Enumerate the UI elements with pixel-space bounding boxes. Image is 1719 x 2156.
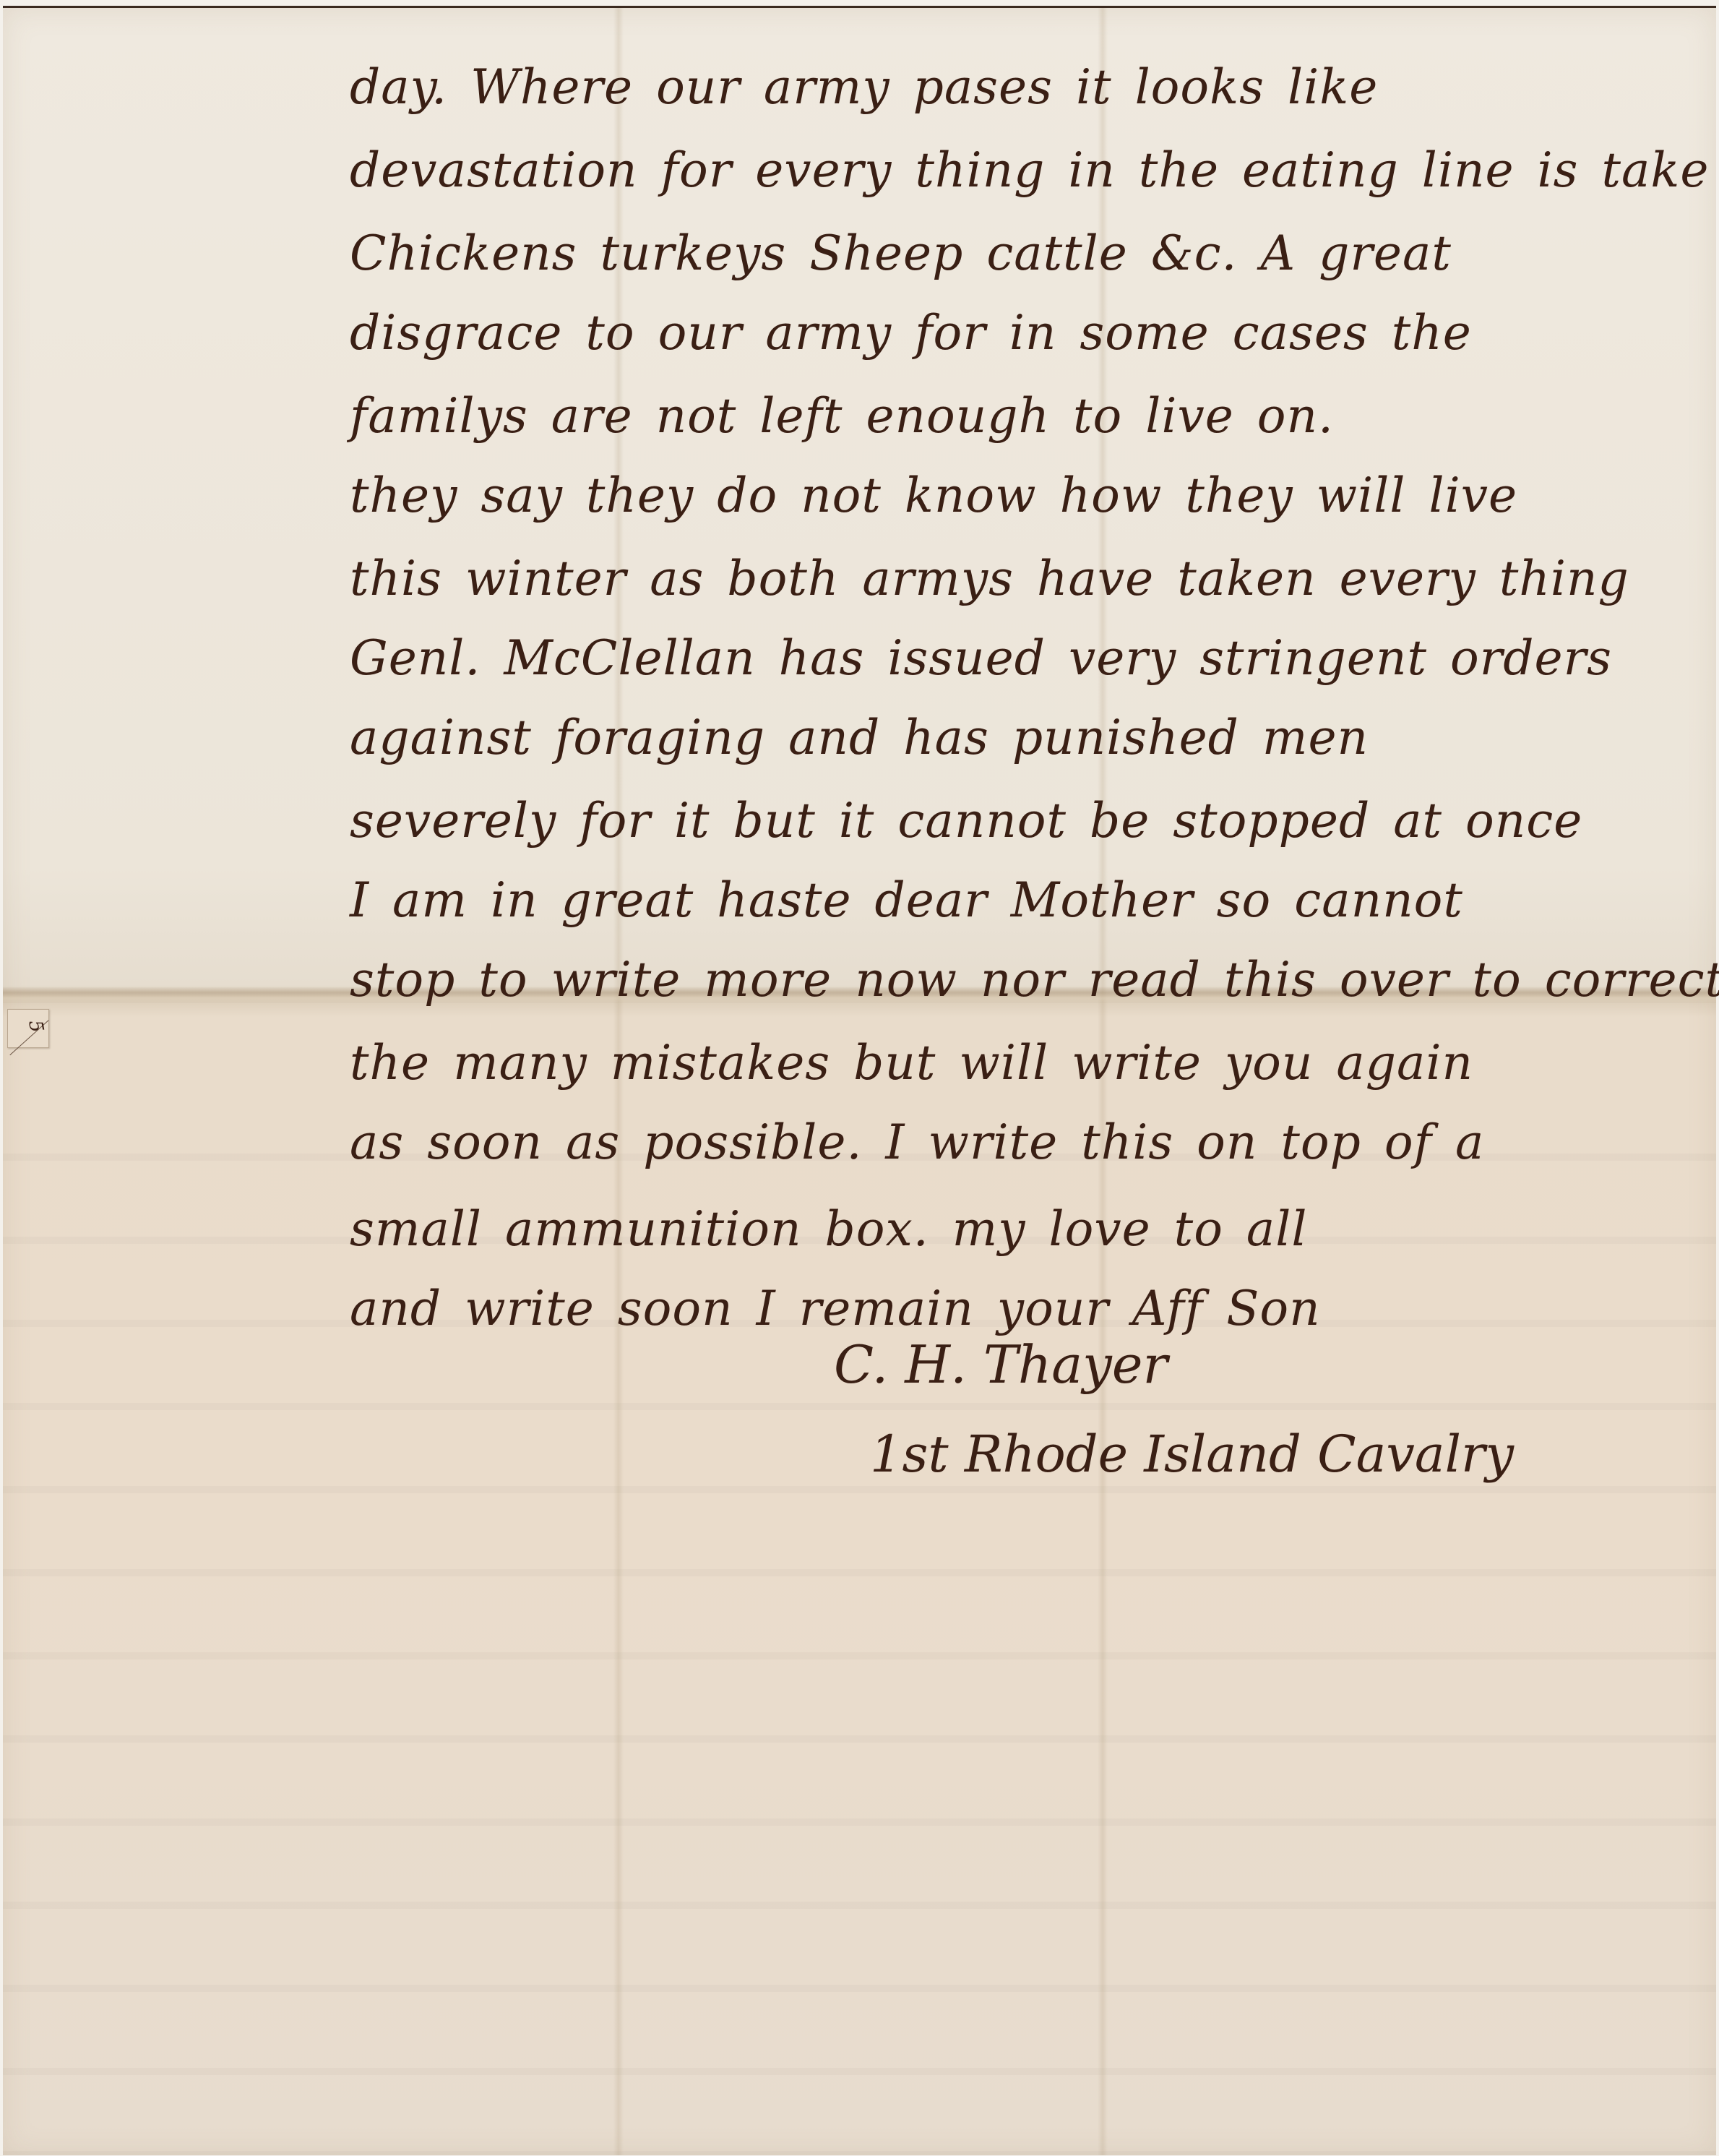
letter-line: this winter as both armys have taken eve… — [350, 543, 1629, 615]
letter-line: the many mistakes but will write you aga… — [350, 1027, 1473, 1099]
letter-line: severely for it but it cannot be stopped… — [350, 785, 1582, 857]
letter-line: stop to write more now nor read this ove… — [350, 944, 1719, 1016]
letter-line: they say they do not know how they will … — [350, 460, 1517, 532]
letter-line: day. Where our army pases it looks like — [350, 51, 1378, 124]
letter-line: familys are not left enough to live on. — [350, 380, 1334, 452]
signature-name: C. H. Thayer — [834, 1334, 1168, 1395]
page-number: 5 — [24, 1018, 47, 1034]
letter-line: disgrace to our army for in some cases t… — [350, 297, 1472, 369]
letter-line: against foraging and has punished men — [350, 702, 1369, 774]
letter-line: devastation for every thing in the eatin… — [350, 134, 1709, 207]
signature-unit: 1st Rhode Island Cavalry — [870, 1425, 1514, 1484]
page-number-tab: 5 — [7, 1009, 49, 1048]
letter-line: small ammunition box. my love to all — [350, 1193, 1307, 1266]
letter-line: I am in great haste dear Mother so canno… — [350, 864, 1463, 937]
letter-sheet: 5 day. Where our army pases it looks lik… — [3, 6, 1716, 2155]
letter-line: Genl. McClellan has issued very stringen… — [350, 622, 1612, 695]
letter-line: Chickens turkeys Sheep cattle &c. A grea… — [350, 218, 1452, 290]
letter-line: as soon as possible. I write this on top… — [350, 1107, 1484, 1179]
